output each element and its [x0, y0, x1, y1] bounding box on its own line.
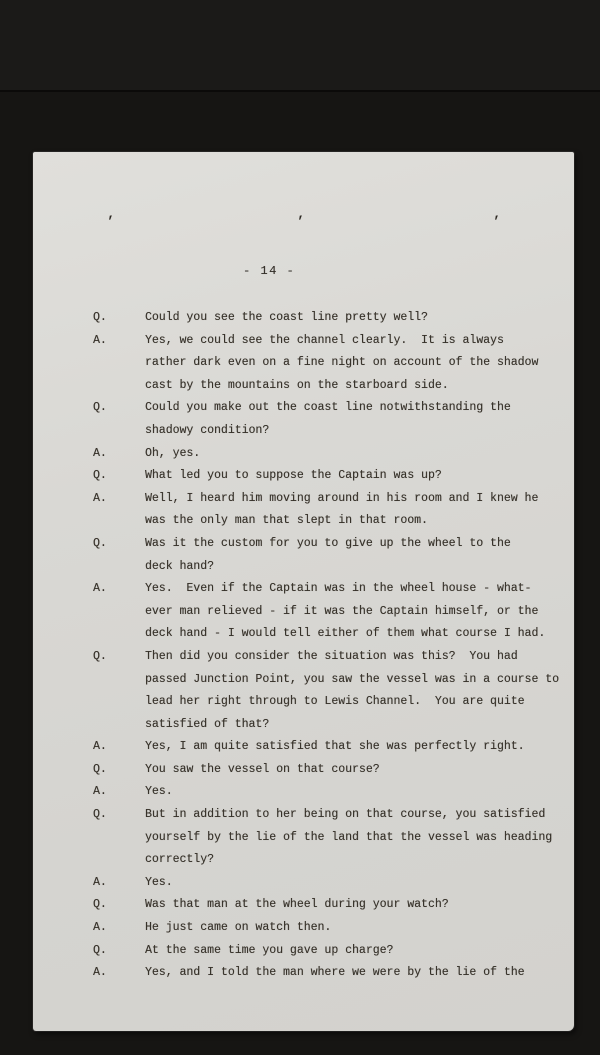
speaker-label: A. — [93, 872, 145, 895]
transcript-entry: Q.At the same time you gave up charge? — [93, 940, 568, 963]
speaker-label: Q. — [93, 397, 145, 420]
entry-text: Could you see the coast line pretty well… — [145, 307, 568, 330]
entry-text: Yes. — [145, 781, 568, 804]
text-line: correctly? — [145, 849, 568, 872]
text-line: Oh, yes. — [145, 443, 568, 466]
document-page: ’’’ - 14 - Q.Could you see the coast lin… — [33, 152, 574, 1031]
transcript-entry: Q.What led you to suppose the Captain wa… — [93, 465, 568, 488]
text-line: shadowy condition? — [145, 420, 568, 443]
text-line: Then did you consider the situation was … — [145, 646, 568, 669]
text-line: Well, I heard him moving around in his r… — [145, 488, 568, 511]
speaker-label: A. — [93, 917, 145, 940]
transcript-entry: Q.Then did you consider the situation wa… — [93, 646, 568, 736]
text-line: deck hand - I would tell either of them … — [145, 623, 568, 646]
text-line: cast by the mountains on the starboard s… — [145, 375, 568, 398]
entry-text: Was that man at the wheel during your wa… — [145, 894, 568, 917]
transcript-entry: A.Oh, yes. — [93, 443, 568, 466]
text-line: passed Junction Point, you saw the vesse… — [145, 669, 568, 692]
transcript-entry: A.Yes, and I told the man where we were … — [93, 962, 568, 985]
entry-text: Yes, we could see the channel clearly. I… — [145, 330, 568, 398]
speaker-label: Q. — [93, 894, 145, 917]
ink-mark: ’ — [106, 214, 115, 230]
text-line: Yes. Even if the Captain was in the whee… — [145, 578, 568, 601]
text-line: Was it the custom for you to give up the… — [145, 533, 568, 556]
film-background: ’’’ - 14 - Q.Could you see the coast lin… — [0, 0, 600, 1055]
speaker-label: Q. — [93, 533, 145, 556]
transcript: Q.Could you see the coast line pretty we… — [93, 307, 568, 985]
transcript-entry: A.Yes. — [93, 781, 568, 804]
text-line: Yes. — [145, 872, 568, 895]
text-line: lead her right through to Lewis Channel.… — [145, 691, 568, 714]
entry-text: But in addition to her being on that cou… — [145, 804, 568, 872]
text-line: You saw the vessel on that course? — [145, 759, 568, 782]
speaker-label: A. — [93, 578, 145, 601]
entry-text: Yes, and I told the man where we were by… — [145, 962, 568, 985]
film-top-strip — [0, 0, 600, 90]
page-number: - 14 - — [243, 264, 295, 278]
transcript-entry: Q.Was that man at the wheel during your … — [93, 894, 568, 917]
text-line: Could you see the coast line pretty well… — [145, 307, 568, 330]
speaker-label: A. — [93, 330, 145, 353]
text-line: Yes, and I told the man where we were by… — [145, 962, 568, 985]
text-line: satisfied of that? — [145, 714, 568, 737]
entry-text: Well, I heard him moving around in his r… — [145, 488, 568, 533]
text-line: He just came on watch then. — [145, 917, 568, 940]
speaker-label: Q. — [93, 940, 145, 963]
speaker-label: A. — [93, 443, 145, 466]
transcript-entry: Q.Was it the custom for you to give up t… — [93, 533, 568, 578]
speaker-label: A. — [93, 736, 145, 759]
speaker-label: Q. — [93, 804, 145, 827]
entry-text: Then did you consider the situation was … — [145, 646, 568, 736]
transcript-entry: A.He just came on watch then. — [93, 917, 568, 940]
transcript-entry: A.Yes, I am quite satisfied that she was… — [93, 736, 568, 759]
text-line: What led you to suppose the Captain was … — [145, 465, 568, 488]
text-line: Yes. — [145, 781, 568, 804]
text-line: Yes, I am quite satisfied that she was p… — [145, 736, 568, 759]
transcript-entry: A.Yes, we could see the channel clearly.… — [93, 330, 568, 398]
entry-text: He just came on watch then. — [145, 917, 568, 940]
speaker-label: Q. — [93, 646, 145, 669]
text-line: But in addition to her being on that cou… — [145, 804, 568, 827]
entry-text: Yes, I am quite satisfied that she was p… — [145, 736, 568, 759]
transcript-entry: Q.Could you see the coast line pretty we… — [93, 307, 568, 330]
text-line: Was that man at the wheel during your wa… — [145, 894, 568, 917]
entry-text: Could you make out the coast line notwit… — [145, 397, 568, 442]
speaker-label: Q. — [93, 307, 145, 330]
text-line: Could you make out the coast line notwit… — [145, 397, 568, 420]
entry-text: What led you to suppose the Captain was … — [145, 465, 568, 488]
transcript-entry: Q.But in addition to her being on that c… — [93, 804, 568, 872]
speaker-label: A. — [93, 962, 145, 985]
text-line: At the same time you gave up charge? — [145, 940, 568, 963]
ink-mark: ’ — [492, 214, 501, 230]
transcript-entry: A.Well, I heard him moving around in his… — [93, 488, 568, 533]
text-line: was the only man that slept in that room… — [145, 510, 568, 533]
transcript-entry: A.Yes. — [93, 872, 568, 895]
ink-marks-row: ’’’ — [33, 214, 574, 232]
transcript-entry: Q.Could you make out the coast line notw… — [93, 397, 568, 442]
entry-text: You saw the vessel on that course? — [145, 759, 568, 782]
ink-mark: ’ — [296, 214, 305, 230]
entry-text: Oh, yes. — [145, 443, 568, 466]
transcript-entry: A.Yes. Even if the Captain was in the wh… — [93, 578, 568, 646]
speaker-label: Q. — [93, 759, 145, 782]
entry-text: Was it the custom for you to give up the… — [145, 533, 568, 578]
transcript-entry: Q.You saw the vessel on that course? — [93, 759, 568, 782]
film-seam-line — [0, 90, 600, 92]
entry-text: Yes. — [145, 872, 568, 895]
entry-text: Yes. Even if the Captain was in the whee… — [145, 578, 568, 646]
text-line: yourself by the lie of the land that the… — [145, 827, 568, 850]
entry-text: At the same time you gave up charge? — [145, 940, 568, 963]
text-line: Yes, we could see the channel clearly. I… — [145, 330, 568, 353]
text-line: deck hand? — [145, 556, 568, 579]
text-line: ever man relieved - if it was the Captai… — [145, 601, 568, 624]
text-line: rather dark even on a fine night on acco… — [145, 352, 568, 375]
speaker-label: A. — [93, 781, 145, 804]
speaker-label: A. — [93, 488, 145, 511]
speaker-label: Q. — [93, 465, 145, 488]
